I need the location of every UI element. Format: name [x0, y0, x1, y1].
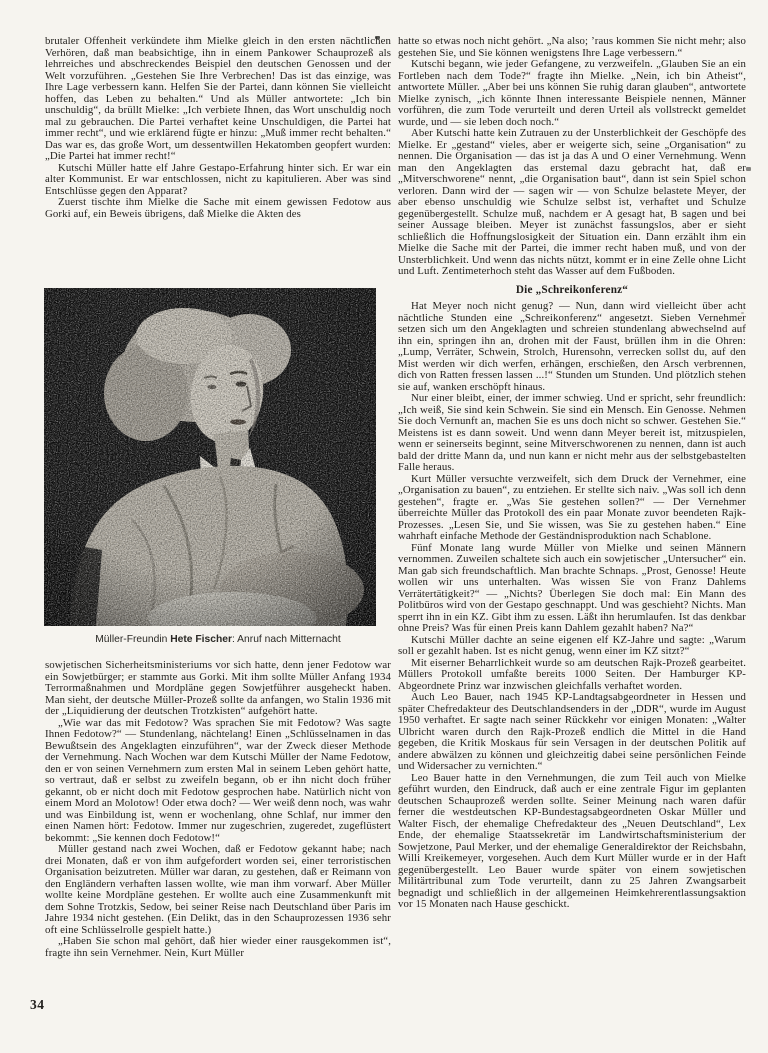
paragraph: Nur einer bleibt, einer, der immer schwi… [398, 393, 746, 474]
right-column-text-after-heading: Hat Meyer noch nicht genug? — Nun, dann … [398, 301, 746, 911]
paragraph: Zuerst tischte ihm Mielke die Sache mit … [45, 197, 391, 220]
photo-caption-prefix: Müller-Freundin [95, 634, 170, 645]
photo-caption-name: Hete Fischer [170, 634, 232, 645]
right-column: hatte so etwas noch nicht gehört. „Na al… [398, 36, 746, 911]
photo-caption: Müller-Freundin Hete Fischer: Anruf nach… [45, 634, 391, 645]
paragraph: Aber Kutschi hatte kein Zutrauen zu der … [398, 128, 746, 278]
paragraph: Kutschi Müller hatte elf Jahre Gestapo-E… [45, 163, 391, 198]
paragraph: brutaler Offenheit verkündete ihm Mielke… [45, 36, 391, 163]
paragraph: sowjetischen Sicherheitsministeriums vor… [45, 660, 391, 718]
paragraph: Leo Bauer hatte in den Vernehmungen, die… [398, 773, 746, 911]
scan-artifact-speck [375, 36, 380, 39]
photo-caption-suffix: : Anruf nach Mitternacht [232, 634, 341, 645]
photo-portrait-graphic [44, 288, 376, 626]
scan-artifact-speck [746, 167, 751, 171]
paragraph: Müller gestand nach zwei Wochen, daß er … [45, 844, 391, 936]
right-column-text-before-heading: hatte so etwas noch nicht gehört. „Na al… [398, 36, 746, 278]
paragraph: Hat Meyer noch nicht genug? — Nun, dann … [398, 301, 746, 393]
paragraph: Mit eiserner Beharrlichkeit wurde so am … [398, 658, 746, 693]
paragraph: Kurt Müller versuchte verzweifelt, sich … [398, 474, 746, 543]
paragraph: Fünf Monate lang wurde Müller von Mielke… [398, 543, 746, 635]
page-number: 34 [30, 997, 45, 1013]
paragraph: „Haben Sie schon mal gehört, daß hier wi… [45, 936, 391, 959]
magazine-page: { "page": { "number": "34" }, "photo": {… [0, 0, 768, 1053]
paragraph: Kutschi Müller dachte an seine eigenen e… [398, 635, 746, 658]
paragraph: hatte so etwas noch nicht gehört. „Na al… [398, 36, 746, 59]
scan-artifact-speck [741, 312, 744, 314]
paragraph: Kutschi begann, wie jeder Gefangene, zu … [398, 59, 746, 128]
left-column-top-text: brutaler Offenheit verkündete ihm Mielke… [45, 36, 391, 220]
left-column-bottom-text: sowjetischen Sicherheitsministeriums vor… [45, 660, 391, 959]
section-heading-schreikonferenz: Die „Schreikonferenz“ [398, 285, 746, 297]
paragraph: Auch Leo Bauer, nach 1945 KP-Landtagsabg… [398, 692, 746, 773]
paragraph: „Wie war das mit Fedotow? Was sprachen S… [45, 718, 391, 845]
photo-hete-fischer [44, 288, 376, 626]
